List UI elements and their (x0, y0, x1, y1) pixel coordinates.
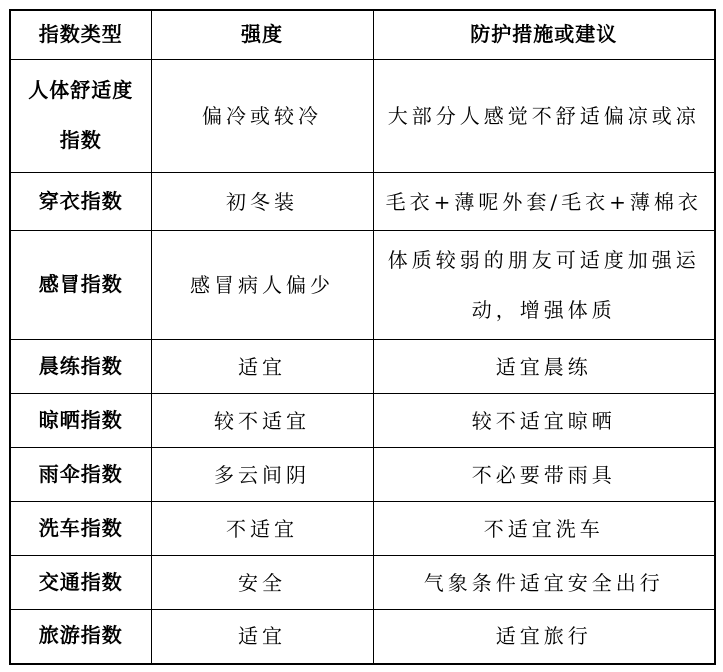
table-row-cold-index: 感冒指数 感冒病人偏少 体质较弱的朋友可适度加强运动，增强体质 (10, 231, 715, 340)
table-row-traffic-index: 交通指数 安全 气象条件适宜安全出行 (10, 556, 715, 610)
advice-cell: 不适宜洗车 (373, 502, 715, 556)
table-row-umbrella-index: 雨伞指数 多云间阴 不必要带雨具 (10, 448, 715, 502)
header-row: 指数类型 强度 防护措施或建议 (10, 10, 715, 60)
index-type-cell: 旅游指数 (10, 610, 151, 664)
document-page: 指数类型 强度 防护措施或建议 人体舒适度指数 偏冷或较冷 大部分人感觉不舒适偏… (9, 9, 716, 665)
table-row-drying-index: 晾晒指数 较不适宜 较不适宜晾晒 (10, 394, 715, 448)
table-row-morning-exercise-index: 晨练指数 适宜 适宜晨练 (10, 340, 715, 394)
intensity-cell: 安全 (151, 556, 373, 610)
table-row-travel-index: 旅游指数 适宜 适宜旅行 (10, 610, 715, 664)
index-type-cell: 人体舒适度指数 (10, 60, 151, 173)
advice-cell: 气象条件适宜安全出行 (373, 556, 715, 610)
intensity-cell: 不适宜 (151, 502, 373, 556)
weather-index-table: 指数类型 强度 防护措施或建议 人体舒适度指数 偏冷或较冷 大部分人感觉不舒适偏… (9, 9, 716, 665)
index-type-cell: 交通指数 (10, 556, 151, 610)
index-type-cell: 感冒指数 (10, 231, 151, 340)
table-row-clothing-index: 穿衣指数 初冬装 毛衣+薄呢外套/毛衣+薄棉衣 (10, 173, 715, 231)
intensity-cell: 较不适宜 (151, 394, 373, 448)
column-header-intensity: 强度 (151, 10, 373, 60)
table-row-comfort-index: 人体舒适度指数 偏冷或较冷 大部分人感觉不舒适偏凉或凉 (10, 60, 715, 173)
column-header-advice: 防护措施或建议 (373, 10, 715, 60)
intensity-cell: 感冒病人偏少 (151, 231, 373, 340)
advice-cell: 较不适宜晾晒 (373, 394, 715, 448)
advice-cell: 适宜晨练 (373, 340, 715, 394)
advice-cell: 适宜旅行 (373, 610, 715, 664)
intensity-cell: 适宜 (151, 610, 373, 664)
index-type-cell: 洗车指数 (10, 502, 151, 556)
advice-cell: 大部分人感觉不舒适偏凉或凉 (373, 60, 715, 173)
advice-cell: 体质较弱的朋友可适度加强运动，增强体质 (373, 231, 715, 340)
advice-cell: 毛衣+薄呢外套/毛衣+薄棉衣 (373, 173, 715, 231)
index-type-cell: 晨练指数 (10, 340, 151, 394)
table-row-car-wash-index: 洗车指数 不适宜 不适宜洗车 (10, 502, 715, 556)
column-header-index-type: 指数类型 (10, 10, 151, 60)
intensity-cell: 适宜 (151, 340, 373, 394)
intensity-cell: 多云间阴 (151, 448, 373, 502)
intensity-cell: 偏冷或较冷 (151, 60, 373, 173)
index-type-cell: 晾晒指数 (10, 394, 151, 448)
advice-cell: 不必要带雨具 (373, 448, 715, 502)
index-type-cell: 雨伞指数 (10, 448, 151, 502)
intensity-cell: 初冬装 (151, 173, 373, 231)
index-type-cell: 穿衣指数 (10, 173, 151, 231)
